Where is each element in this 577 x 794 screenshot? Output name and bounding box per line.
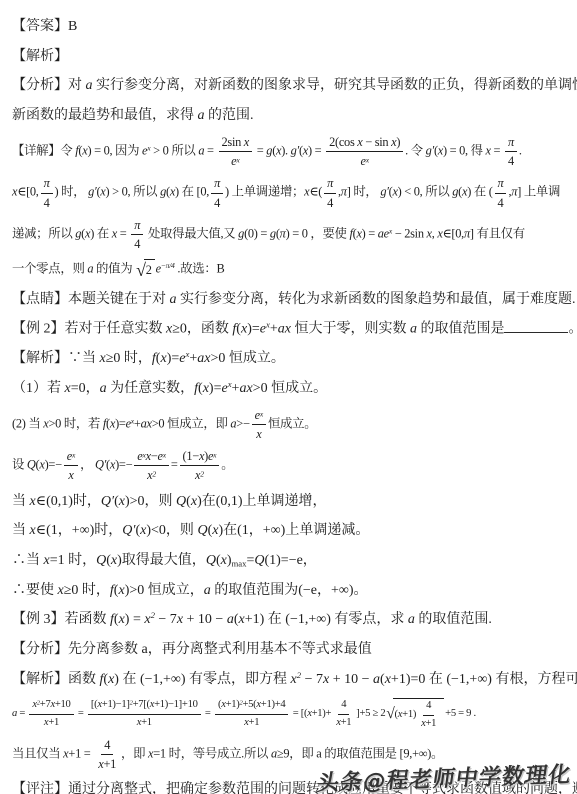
text-run: 处取得最大值,又 [145,226,238,240]
fraction-denominator: x+1 [41,715,62,729]
text-run: 当 [12,494,30,509]
fraction-denominator: 4 [505,152,517,168]
fraction: exx−exx2 [134,449,169,483]
text-run: ∈[0, [443,226,464,240]
text-run: = [76,709,86,720]
text-run: ) 在 (−1,+∞) 有零点，即方程 [114,672,290,687]
xiangjie-line-4: 一个零点，则 a 的值为 √2e−π/4 .故选：B [12,259,569,280]
text-run: 一个零点，则 [12,262,87,276]
math-var: π [214,176,220,190]
text-run: ∈[0, [17,185,38,199]
fraction-numerator: 4 [101,738,113,755]
text-run: +7 [40,699,51,710]
fraction-numerator: 2sin x [219,135,252,152]
text-run: ) = [308,143,324,157]
fraction-numerator: ex [64,449,78,466]
text-run: ) 在 [0, [175,185,209,199]
math-var: Q [96,553,106,568]
math-var: a [170,292,177,307]
text-run: + [134,416,141,430]
text-run: 设 [12,458,27,472]
text-run: 【解析】 [12,49,68,64]
text-run: 【例 2】若对于任意实数 [12,322,166,337]
text-run: = [117,226,129,240]
text-run: ∈( [309,185,322,199]
text-run: 4 [214,196,220,210]
text-run: >0 恒成立，即 [152,416,231,430]
math-var: π [508,135,514,149]
example2-line: 【例 2】若对于任意实数 x≥0，函数 f(x)=ex+ax 恒大于零，则实数 … [12,318,569,340]
text-run: 2sin [222,135,244,149]
document-page: 【答案】B【解析】【分析】对 a 实行参变分离，对新函数的图象求导，研究其导函数… [0,0,577,794]
fraction: π4 [41,176,53,210]
jiexi-header-line: 【解析】 [12,46,569,68]
fenxi-line-1: 【分析】对 a 实行参变分离，对新函数的图象求导，研究其导函数的正负，得新函数的… [12,75,569,97]
text-run: ]+5 ≥ 2 [356,709,385,720]
text-run: +1 [425,718,436,729]
text-run: 的取值范围. [415,612,492,627]
blank-underline [504,318,568,332]
fraction-denominator: x [65,466,76,482]
text-run: ，即 [121,746,148,760]
fraction: 4x+1 [95,738,119,772]
text-run: =0， [71,381,100,396]
math-var: Q [197,523,207,538]
math-var: a [86,78,93,93]
text-run: 为任意实数， [107,381,195,396]
text-run: + 10 − [183,612,227,627]
text-run: +1)−1]+10 [154,699,197,710]
fraction-numerator: π [495,176,507,193]
text-run: = [17,709,27,720]
fraction-numerator: x2+7x+10 [29,699,73,714]
text-run: >0 时，若 [48,416,102,430]
xiangjie-line-1: 【详解】令 f(x) = 0, 因为 ex > 0 所以 a = 2sin xe… [12,135,569,169]
math-var: x [244,135,249,149]
fraction-denominator: x+1 [333,715,354,729]
text-run: )在(0,1)上单调递增， [197,494,327,509]
text-run: (0) = [244,226,270,240]
fraction-numerator: π [211,176,223,193]
text-run: ] 有且仅有 [470,226,525,240]
math-var: ae [378,226,389,240]
text-run: 的值为 [93,262,135,276]
text-run: ] 上单调 [517,185,560,199]
text-run: 。 [221,458,233,472]
fraction-denominator: x2 [144,466,159,482]
text-run: ) = 0, 因为 [87,143,142,157]
text-run: 4 [44,196,50,210]
text-run: )= [247,322,260,337]
text-run: +7[( [133,699,150,710]
text-run: )=− [115,458,132,472]
math-var: x [256,427,261,441]
text-run: 实行参变分离，对新函数的图象求导，研究其导函数的正负，得新函数的单调性，从而求出 [93,78,577,93]
text-run: = [204,143,216,157]
text-run: = [254,143,266,157]
text-run: + 10 − [329,672,373,687]
text-run: 当且仅当 [12,746,63,760]
math-var: Q [206,553,216,568]
text-run: 恒大于零，则实数 [291,322,410,337]
text-run: − 7 [301,672,323,687]
radicand: (x+1)4x+1 [393,698,445,729]
fraction: 2(cos x − sin x)ex [326,135,403,169]
text-run: ) = [125,612,145,627]
math-var: π [327,176,333,190]
fraction-numerator: π [131,218,143,235]
example2-mono-inc-line: 当 x∈(0,1)时，Q′(x)>0，则 Q(x)在(0,1)上单调递增， [12,491,569,513]
superscript: x [213,450,216,459]
math-var: a [100,381,107,396]
fraction-denominator: x [253,425,264,441]
fraction-numerator: 4 [423,700,434,715]
text-run: )= [209,381,222,396]
text-run: − 7 [155,612,177,627]
math-var: g′ [380,185,388,199]
text-run: 的取值范围是 [417,322,505,337]
fraction-denominator: ex [357,152,371,168]
math-var: π [134,218,140,232]
text-run: 【分析】先分离参数 a，再分离整式利用基本不等式求最值 [12,642,372,657]
text-run: 【答案】B [12,19,77,34]
superscript: x [72,450,75,459]
math-var: ax [197,351,210,366]
math-var: a [408,612,415,627]
fraction: π4 [324,176,336,210]
fraction: 4x+1 [418,700,439,729]
text-run: >0 恒成立。 [253,381,327,396]
math-var: a [198,108,205,123]
answer-line: 【答案】B [12,16,569,38]
text-run: (2) 当 [12,416,43,430]
text-run: > 0 所以 [150,143,198,157]
text-run: = [171,458,178,472]
text-run: ] 时， [347,185,381,199]
math-var: g′ [426,143,434,157]
math-var: a [410,322,417,337]
text-run: ) 时， [55,185,89,199]
text-run: − 2sin [392,226,427,240]
math-var: Q′ [95,458,106,472]
text-run: )<0，则 [146,523,197,538]
text-run: − sin [362,135,391,149]
text-run: )>0，则 [125,494,176,509]
text-run: ∈(1，+∞)时， [36,523,123,538]
text-run: ∴当 [12,553,44,568]
text-run: ∈(0,1)时， [36,494,101,509]
example3-formula-line: a = x2+7x+10x+1 = [(x+1)−1]2+7[(x+1)−1]+… [12,698,569,729]
math-var: Q′ [101,494,114,509]
text-run: ) > 0, 所以 [105,185,160,199]
fraction: π4 [211,176,223,210]
fraction-numerator: ex [252,408,266,425]
fraction: (x+1)2+5(x+1)+4x+1 [215,699,288,728]
example2-qx-line: 设 Q(x)=−exx， Q′(x)=−exx−exx2=(1−x)exx2。 [12,449,569,483]
text-run: +1 [48,717,59,728]
math-var: ax [239,381,252,396]
text-run: 2 [146,261,152,280]
math-var: Q [254,553,264,568]
fraction: 2sin xex [219,135,252,169]
fraction-denominator: 4 [324,194,336,210]
fraction: (1−x)exx2 [180,449,220,483]
math-var: ax [278,322,291,337]
text-run: ≥0 时， [106,351,152,366]
text-run: = [203,709,213,720]
text-run: >0 恒成立。 [210,351,284,366]
text-run: ) 在 [90,226,112,240]
math-var: Q [27,458,36,472]
fraction-numerator: π [505,135,517,152]
superscript: x [163,450,166,459]
text-run: >− [236,416,249,430]
dianjing-line: 【点睛】本题关键在于对 a 实行参变分离，转化为求新函数的图象趋势和最值，属于难… [12,289,569,311]
text-run: ∴要使 [12,583,58,598]
text-run: ) = 0 ，要使 [286,226,350,240]
fraction: π4 [505,135,517,169]
text-run: +1) [226,699,240,710]
fenxi-line-2: 新函数的最趋势和最值，求得 a 的范围. [12,105,569,127]
text-run: +1)+4 [261,699,286,710]
text-run: − [151,449,158,463]
superscript: 2 [152,470,156,479]
text-run: 实行参变分离，转化为求新函数的图象趋势和最值，属于难度题. [177,292,576,307]
text-run: 【例 3】若函数 [12,612,110,627]
text-run: . 令 [405,143,425,157]
text-run: =1 时， [50,553,96,568]
fraction-numerator: π [41,176,53,193]
text-run: (1− [183,449,199,463]
text-run: +5 = 9 . [445,709,476,720]
text-run: +1)=0 在 (−1,+∞) 有根，方程可化为 [391,672,577,687]
text-run: 【详解】令 [12,143,75,157]
text-run: ). [281,143,290,157]
text-run: 递减；所以 [12,226,75,240]
math-var: π [498,176,504,190]
text-run: 4 [104,738,110,752]
fraction: π4 [131,218,143,252]
text-run: )=− [45,458,62,472]
fraction-numerator: 4 [338,699,349,714]
text-run: +1) [402,707,416,723]
fraction: exx [252,408,266,442]
text-run: 【点睛】本题关键在于对 [12,292,170,307]
text-run: 恒成立。 [268,416,316,430]
text-run: 的取值范围为(−e，+∞)。 [211,583,368,598]
example3-jiexi-line: 【解析】函数 f(x) 在 (−1,+∞) 有零点，即方程 x2 − 7x + … [12,669,569,691]
math-var: a [204,583,211,598]
radicand: 2 [144,259,155,280]
fraction: 4x+1 [333,699,354,728]
text-run: +1 [249,717,260,728]
fraction-denominator: x+1 [134,715,155,729]
xiangjie-line-3: 递减；所以 g(x) 在 x = π4 处取得最大值,又 g(0) = g(π)… [12,218,569,252]
text-run: ≥0，函数 [172,322,232,337]
text-run: )= [115,416,126,430]
fraction: x2+7x+10x+1 [29,699,73,728]
text-run: .故选：B [175,262,225,276]
fraction-denominator: 4 [131,235,143,251]
superscript: −π/4 [161,262,175,271]
text-run: (1)=−e， [264,553,316,568]
math-var: g′ [291,143,299,157]
text-run: =1 时，等号成立.所以 [153,746,271,760]
example2-case2-line: (2) 当 x>0 时，若 f(x)=ex+ax>0 恒成立，即 a>−exx恒… [12,408,569,442]
fraction-denominator: x+1 [241,715,262,729]
text-run: +1 [341,717,352,728]
subscript: max [232,559,247,569]
text-run: +1) 在 (−1,+∞) 有零点，求 [245,612,408,627]
fraction-numerator: (1−x)ex [180,449,220,466]
text-run: ) = 0, 得 [443,143,486,157]
text-run: ) 上单调递增； [225,185,304,199]
example2-mono-dec-line: 当 x∈(1，+∞)时，Q′(x)<0，则 Q(x)在(1，+∞)上单调递减。 [12,520,569,542]
example3-line: 【例 3】若函数 f(x) = x2 − 7x + 10 − a(x+1) 在 … [12,609,569,631]
text-run: 【解析】∵当 [12,351,100,366]
fraction-denominator: 4 [495,194,507,210]
math-var: a [373,672,380,687]
text-run: 的范围. [205,108,254,123]
text-run: )= [167,351,180,366]
fraction-numerator: [(x+1)−1]2+7[(x+1)−1]+10 [88,699,201,714]
text-run: + [270,322,278,337]
example3-fenxi-line: 【分析】先分离参数 a，再分离整式利用基本不等式求最值 [12,639,569,661]
text-run: +1 [103,757,116,771]
text-run: ， [80,458,95,472]
text-run: ) 在 ( [467,185,492,199]
text-run: 4 [426,700,431,711]
text-run: )>0 恒成立， [125,583,204,598]
fraction: exx [64,449,78,483]
superscript: x [366,155,369,164]
text-run: 4 [341,699,346,710]
text-run: 。 [568,322,577,337]
text-run: ) [396,135,400,149]
math-var: a [227,612,234,627]
text-run: 【分析】对 [12,78,86,93]
text-run: 2(cos [329,135,357,149]
fraction-denominator: 4 [211,194,223,210]
text-run: +1 [141,717,152,728]
text-run: )取得最大值， [117,553,206,568]
fraction: π4 [495,176,507,210]
text-run: +1)+ [312,709,332,720]
text-run: = [( [290,709,307,720]
fraction-numerator: exx−ex [134,449,169,466]
text-run: ) = [362,226,378,240]
text-run: = [491,143,503,157]
text-run: 当 [12,523,30,538]
text-run: ) < 0, 所以 [398,185,453,199]
text-run: 4 [508,154,514,168]
text-run: 4 [498,196,504,210]
superscript: x [260,409,263,418]
text-run: （1）若 [12,381,65,396]
document-body: 【答案】B【解析】【分析】对 a 实行参变分离，对新函数的图象求导，研究其导函数… [12,16,569,794]
math-var: π [44,176,50,190]
fraction: [(x+1)−1]2+7[(x+1)−1]+10x+1 [88,699,201,728]
text-run: )在(1，+∞)上单调递减。 [218,523,369,538]
math-var: Q [176,494,186,509]
fraction-denominator: x2 [192,466,207,482]
fraction-denominator: ex [228,152,242,168]
fraction-denominator: x+1 [418,716,439,730]
math-var: x [68,468,73,482]
fraction-numerator: 2(cos x − sin x) [326,135,403,152]
example2-range-line: ∴要使 x≥0 时，f(x)>0 恒成立，a 的取值范围为(−e，+∞)。 [12,580,569,602]
text-run: 4 [327,196,333,210]
sqrt-expression: √(x+1)4x+1 [386,698,444,729]
fraction-numerator: (x+1)2+5(x+1)+4 [215,699,288,714]
math-var: Q′ [122,523,135,538]
xiangjie-line-2: x∈[0,π4) 时， g′(x) > 0, 所以 g(x) 在 [0,π4) … [12,176,569,210]
sqrt-expression: √2 [136,259,154,280]
fraction-denominator: x+1 [95,755,119,771]
text-run: 【解析】函数 [12,672,100,687]
fraction-numerator: π [324,176,336,193]
text-run: 4 [134,237,140,251]
text-run: +5( [242,699,256,710]
text-run: +1)−1] [102,699,130,710]
math-var: ax [141,416,152,430]
example2-case1-line: （1）若 x=0，a 为任意实数，f(x)=ex+ax>0 恒成立。 [12,378,569,400]
text-run: . [519,143,522,157]
example2-max-line: ∴当 x=1 时，Q(x)取得最大值，Q(x)max=Q(1)=−e， [12,550,569,572]
text-run: 新函数的最趋势和最值，求得 [12,108,198,123]
fraction-denominator: 4 [41,194,53,210]
text-run: +1 = [68,746,93,760]
text-run: ≥0 时， [64,583,110,598]
superscript: 2 [200,470,204,479]
text-run: +10 [55,699,71,710]
example2-jiexi-line: 【解析】∵当 x≥0 时，f(x)=ex+ax>0 恒成立。 [12,348,569,370]
superscript: x [236,155,239,164]
text-run: ≥9，即 a 的取值范围是 [9,+∞)。 [277,746,443,760]
